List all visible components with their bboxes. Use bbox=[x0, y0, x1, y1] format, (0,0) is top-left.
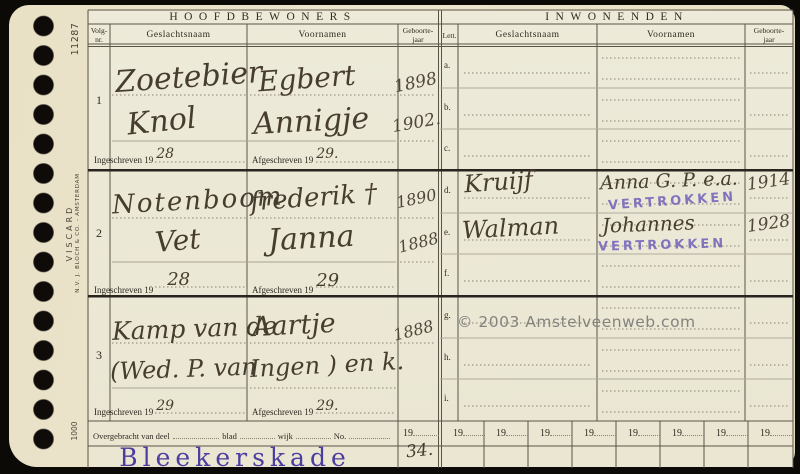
copyright-watermark: © 2003 Amstelveenweb.com bbox=[457, 313, 696, 331]
blank-line bbox=[413, 426, 439, 436]
transfer-label-deel: Overgebracht van deel bbox=[93, 431, 170, 441]
year-cell-4: 19 bbox=[584, 426, 616, 439]
afgeschreven-label: Afgeschreven 19 bbox=[252, 155, 313, 165]
lodger-row-letter-e: e. bbox=[444, 227, 450, 237]
section-title-inwonenden: INWONENDEN bbox=[441, 11, 793, 23]
year-label: 19 bbox=[453, 428, 463, 439]
blank-line bbox=[770, 426, 792, 436]
year-label: 19 bbox=[628, 428, 638, 439]
blank-line bbox=[349, 430, 390, 439]
column-header-volgnr-line1: Volg- bbox=[88, 26, 110, 35]
lodger-row-letter-f: f. bbox=[444, 268, 449, 278]
blank-line bbox=[506, 426, 528, 436]
block-1-surname-2: Knol bbox=[125, 100, 198, 142]
ingeschreven-value: 29 bbox=[156, 398, 174, 414]
blank-line bbox=[594, 426, 616, 436]
street-name: Bleekerskade bbox=[110, 443, 360, 472]
column-header-birthyear-left-line1: Geboorte- bbox=[398, 26, 438, 35]
ingeschreven-value: 28 bbox=[167, 269, 190, 290]
afgeschreven-label: Afgeschreven 19 bbox=[252, 407, 313, 417]
transfer-label-no: No. bbox=[334, 431, 347, 441]
column-header-firstnames-left: Voornamen bbox=[247, 30, 398, 40]
afgeschreven-value: 29. bbox=[316, 398, 338, 414]
blank-line bbox=[296, 430, 331, 439]
ingeschreven-value: 28 bbox=[156, 146, 174, 162]
block-1-number: 1 bbox=[88, 93, 110, 108]
blank-line bbox=[638, 426, 660, 436]
column-header-volgnr-line2: nr. bbox=[88, 35, 110, 44]
block-2-surname-2: Vet bbox=[154, 222, 202, 259]
year-label: 19 bbox=[760, 428, 770, 439]
year-cell-1: 19 bbox=[453, 426, 485, 439]
column-header-birthyear-left-line2: jaar bbox=[398, 35, 438, 44]
year-label: 19 bbox=[403, 428, 413, 439]
column-header-surname-left: Geslachtsnaam bbox=[110, 30, 247, 40]
year-cell-2: 19 bbox=[496, 426, 528, 439]
column-header-surname-right: Geslachtsnaam bbox=[458, 30, 597, 40]
year-cell-3: 19 bbox=[540, 426, 572, 439]
column-header-birthyear-right-line2: jaar bbox=[745, 35, 793, 44]
lodger-row-letter-h: h. bbox=[444, 352, 451, 362]
block-2-deregistered: Afgeschreven 1929 bbox=[252, 277, 339, 298]
ingeschreven-label: Ingeschreven 19 bbox=[94, 285, 153, 295]
year-label: 19 bbox=[672, 428, 682, 439]
block-1-firstnames-2: Annigje bbox=[252, 101, 370, 142]
column-header-birthyear-right: Geboorte- jaar bbox=[745, 26, 793, 44]
house-number: 34. bbox=[405, 440, 434, 463]
block-1-registered: Ingeschreven 1928 bbox=[94, 151, 174, 167]
column-header-lett: Lett. bbox=[440, 31, 459, 40]
block-1-firstnames-1: Egbert bbox=[257, 59, 357, 99]
blank-line bbox=[240, 430, 275, 439]
afgeschreven-value: 29 bbox=[316, 270, 339, 291]
block-2-number: 2 bbox=[88, 226, 110, 241]
year-cell-8: 19 bbox=[760, 426, 792, 439]
transfer-line: Overgebracht van deel blad wijk No. bbox=[93, 427, 393, 441]
blank-line bbox=[726, 426, 748, 436]
lodger-row-letter-b: b. bbox=[444, 102, 451, 112]
year-cell-7: 19 bbox=[716, 426, 748, 439]
year-label: 19 bbox=[496, 428, 506, 439]
year-label: 19 bbox=[716, 428, 726, 439]
blank-line bbox=[550, 426, 572, 436]
column-header-volgnr: Volg- nr. bbox=[88, 26, 110, 44]
blank-line bbox=[463, 426, 485, 436]
ingeschreven-label: Ingeschreven 19 bbox=[94, 155, 153, 165]
lodger-e-firstnames: Johannes bbox=[602, 210, 696, 237]
block-3-surname-2: (Wed. P. van bbox=[110, 352, 258, 385]
block-2-firstnames-2: Janna bbox=[267, 219, 355, 258]
scanned-register-card: 11287 VISCARD N.V. J. BLOCH & CO. - AMST… bbox=[0, 0, 800, 474]
afgeschreven-value: 29. bbox=[316, 146, 338, 162]
column-header-birthyear-left: Geboorte- jaar bbox=[398, 26, 438, 44]
blank-line bbox=[682, 426, 704, 436]
block-3-firstnames-1: Aartje bbox=[251, 308, 336, 343]
block-1-deregistered: Afgeschreven 1929. bbox=[252, 151, 339, 167]
lodger-row-letter-i: i. bbox=[444, 393, 449, 403]
blank-line bbox=[173, 430, 220, 439]
block-3-number: 3 bbox=[88, 348, 110, 363]
lodger-d-surname: Kruijf bbox=[463, 166, 534, 199]
transfer-label-wijk: wijk bbox=[278, 431, 293, 441]
lodger-e-surname: Walman bbox=[461, 211, 559, 244]
lodger-row-letter-g: g. bbox=[444, 310, 451, 320]
transfer-label-blad: blad bbox=[222, 431, 237, 441]
year-label: 19 bbox=[584, 428, 594, 439]
ingeschreven-label: Ingeschreven 19 bbox=[94, 407, 153, 417]
column-header-firstnames-right: Voornamen bbox=[597, 30, 745, 40]
section-title-hoofdbewoners: HOOFDBEWONERS bbox=[88, 11, 438, 23]
lodger-row-letter-a: a. bbox=[444, 60, 450, 70]
lodger-row-letter-d: d. bbox=[444, 185, 451, 195]
lodger-row-letter-c: c. bbox=[444, 143, 450, 153]
block-3-deregistered: Afgeschreven 1929. bbox=[252, 403, 339, 419]
year-cell-6: 19 bbox=[672, 426, 704, 439]
column-header-birthyear-right-line1: Geboorte- bbox=[745, 26, 793, 35]
year-cell-0: 19 bbox=[403, 426, 439, 439]
afgeschreven-label: Afgeschreven 19 bbox=[252, 285, 313, 295]
year-cell-5: 19 bbox=[628, 426, 660, 439]
block-3-registered: Ingeschreven 1929 bbox=[94, 403, 174, 419]
block-2-registered: Ingeschreven 1928 bbox=[94, 277, 190, 298]
year-label: 19 bbox=[540, 428, 550, 439]
